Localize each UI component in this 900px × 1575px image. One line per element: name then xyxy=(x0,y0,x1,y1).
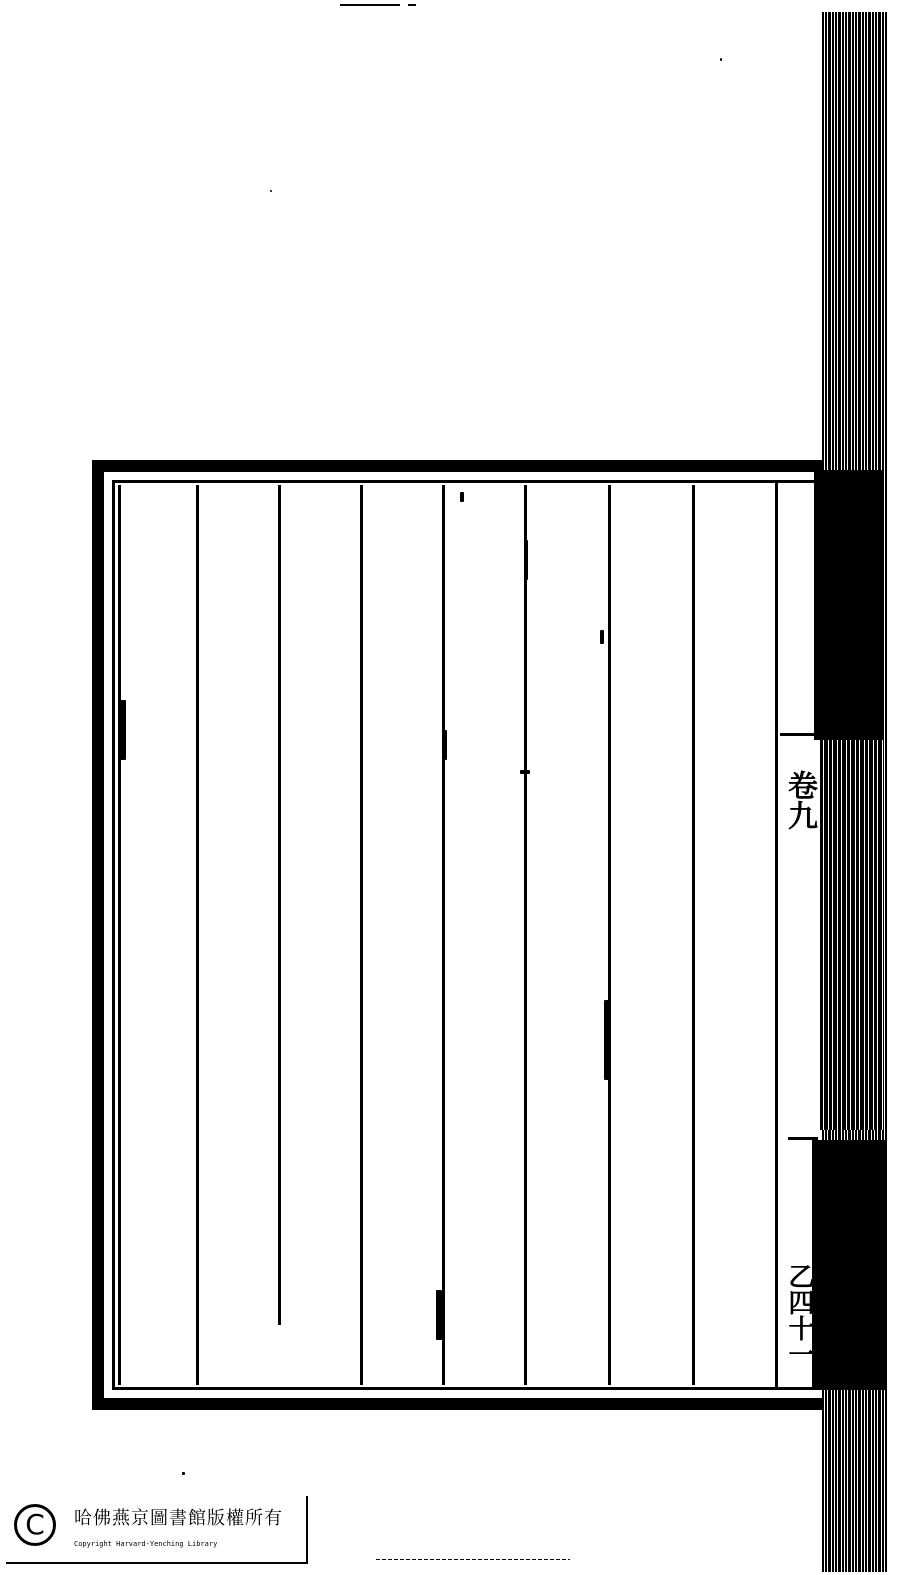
column-rule xyxy=(118,485,121,1385)
copyright-icon: C xyxy=(14,1504,56,1546)
top-rule xyxy=(340,4,400,6)
ink-speck xyxy=(720,58,722,61)
banxin-border xyxy=(775,480,778,1390)
ink-speck xyxy=(460,492,464,502)
ink-speck xyxy=(442,730,447,760)
column-rule xyxy=(442,485,445,1385)
page-frame-inner xyxy=(112,480,814,1390)
ink-speck xyxy=(270,190,272,192)
top-dots xyxy=(408,4,416,6)
ink-speck xyxy=(525,540,528,580)
bottom-rule xyxy=(376,1559,570,1560)
column-rule xyxy=(360,485,363,1385)
book-edge-dark-top xyxy=(814,470,884,740)
ink-speck xyxy=(604,1000,609,1080)
column-rule xyxy=(692,485,695,1385)
banxin-rule xyxy=(788,1137,818,1140)
ink-speck xyxy=(600,630,604,644)
juan-label: 卷九 xyxy=(782,745,816,855)
folio-number: 乙四十一 xyxy=(782,1245,816,1385)
book-edge-dark-bottom xyxy=(812,1140,886,1390)
column-rule xyxy=(524,485,527,1385)
ink-speck xyxy=(436,1290,442,1340)
copyright-chinese-text: 哈佛燕京圖書館版權所有 xyxy=(74,1504,283,1530)
banxin-rule xyxy=(780,733,820,736)
book-edge-texture xyxy=(820,740,884,1130)
column-rule xyxy=(278,485,281,1325)
copyright-stamp: C 哈佛燕京圖書館版權所有 Copyright Harvard-Yenching… xyxy=(6,1496,308,1564)
ink-speck xyxy=(520,770,530,774)
copyright-english-text: Copyright Harvard-Yenching Library xyxy=(74,1540,217,1548)
column-rule xyxy=(196,485,199,1385)
ink-speck xyxy=(120,700,126,760)
column-rule xyxy=(608,485,611,1385)
ink-speck xyxy=(182,1472,185,1475)
